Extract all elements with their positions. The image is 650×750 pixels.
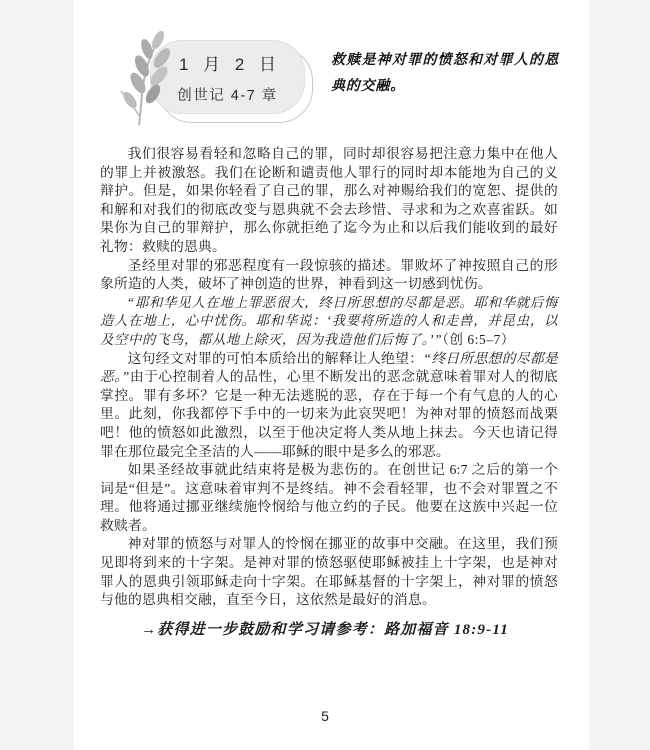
text-run: 由于心控制着人的品性，心里不断发出的恶念就意味着罪对人的彻底掌控。罪有多坏？它是… [100, 369, 558, 458]
right-margin-strip [589, 0, 650, 750]
further-study-reference: →获得进一步鼓励和学习请参考：路加福音 18:9-11 [92, 618, 558, 639]
body-paragraph: 神对罪的愤怒与对罪人的怜悯在挪亚的故事中交融。在这里，我们预见即将到来的十字架。… [100, 535, 558, 609]
text-run: 神对罪的愤怒与对罪人的怜悯在挪亚的故事中交融。在这里，我们预见即将到来的十字架。… [100, 536, 558, 607]
scripture-quote-paragraph: “耶和华见人在地上罪恶很大，终日所思想的尽都是恶。耶和华就后悔造人在地上，心中忧… [100, 294, 558, 350]
body-paragraph: 我们很容易看轻和忽略自己的罪，同时却很容易把注意力集中在他人的罪上并被激怒。我们… [100, 145, 558, 257]
date-badge: 1 月 2 日 创世记 4-7 章 [150, 40, 305, 114]
left-margin-strip [0, 0, 74, 750]
devotional-page: 1 月 2 日 创世记 4-7 章 救赎是神对罪的愤怒和对罪人的恩典的交融。 我… [0, 0, 650, 750]
passage-label: 创世记 4-7 章 [177, 84, 278, 105]
page-number: 5 [0, 708, 650, 724]
date-label: 1 月 2 日 [174, 50, 281, 75]
devotional-motto: 救赎是神对罪的愤怒和对罪人的恩典的交融。 [331, 48, 559, 100]
text-run: 这句经文对罪的可怕本质给出的解释让人绝望： [128, 351, 424, 366]
text-run: 我们很容易看轻和忽略自己的罪，同时却很容易把注意力集中在他人的罪上并被激怒。我们… [100, 146, 558, 254]
text-run: 如果圣经故事就此结束将是极为悲伤的。在创世记 6:7 之后的第一个词是“但是”。… [100, 462, 558, 533]
leaf-branch-icon [109, 27, 181, 127]
devotional-text: 我们很容易看轻和忽略自己的罪，同时却很容易把注意力集中在他人的罪上并被激怒。我们… [100, 145, 558, 610]
text-run: 圣经里对罪的邪恶程度有一段惊骇的描述。罪败坏了神按照自己的形象所造的人类，破坏了… [100, 258, 558, 292]
text-run: （创 6:5–7） [442, 332, 515, 347]
body-paragraph: 如果圣经故事就此结束将是极为悲伤的。在创世记 6:7 之后的第一个词是“但是”。… [100, 461, 558, 535]
body-paragraph: 圣经里对罪的邪恶程度有一段惊骇的描述。罪败坏了神按照自己的形象所造的人类，破坏了… [100, 257, 558, 294]
body-paragraph: 这句经文对罪的可怕本质给出的解释让人绝望：“终日所思想的尽都是恶。”由于心控制着… [100, 350, 558, 462]
